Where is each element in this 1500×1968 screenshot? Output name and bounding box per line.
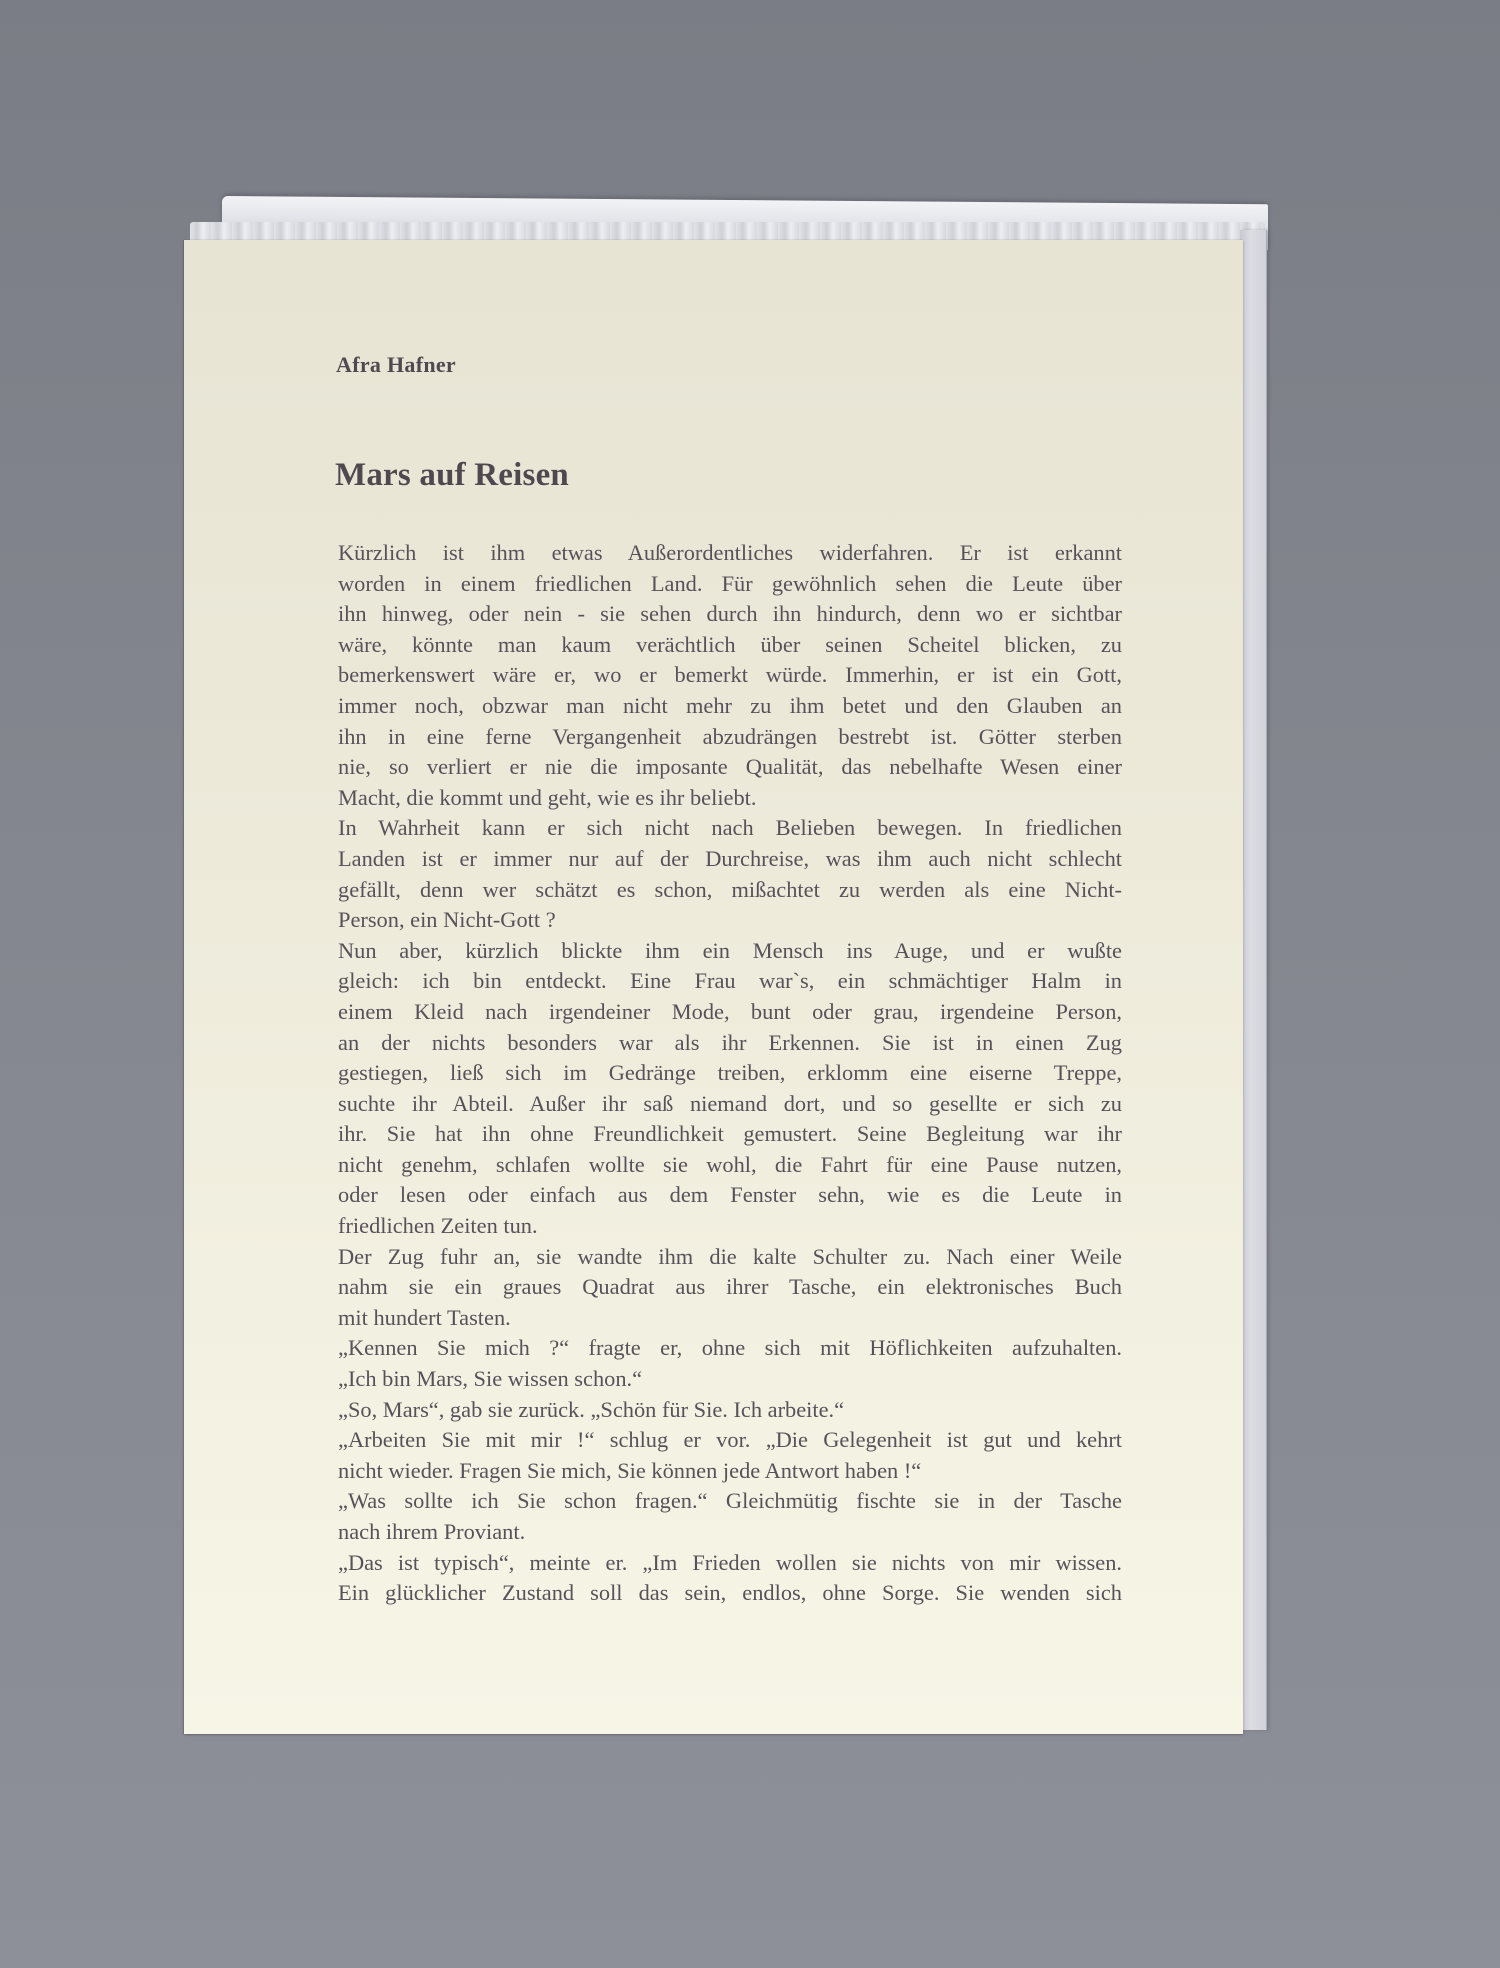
text-line: „Das ist typisch“, meinte er. „Im Friede… bbox=[338, 1548, 1122, 1579]
text-line: „Was sollte ich Sie schon fragen.“ Gleic… bbox=[338, 1486, 1122, 1517]
text-line: nie, so verliert er nie die imposante Qu… bbox=[338, 752, 1122, 783]
printed-page: Afra Hafner Mars auf Reisen Kürzlich ist… bbox=[184, 240, 1243, 1734]
text-line: nach ihrem Proviant. bbox=[338, 1517, 1122, 1548]
text-line: nicht genehm, schlafen wollte sie wohl, … bbox=[338, 1150, 1122, 1181]
text-line: gefällt, denn wer schätzt es schon, mißa… bbox=[338, 875, 1122, 906]
text-line: friedlichen Zeiten tun. bbox=[338, 1211, 1122, 1242]
paper-stack-right-edge bbox=[1240, 230, 1267, 1730]
text-line: Der Zug fuhr an, sie wandte ihm die kalt… bbox=[338, 1242, 1122, 1273]
text-line: „Arbeiten Sie mit mir !“ schlug er vor. … bbox=[338, 1425, 1122, 1456]
body-text: Kürzlich ist ihm etwas Außerordentliches… bbox=[338, 538, 1122, 1609]
text-line: „Ich bin Mars, Sie wissen schon.“ bbox=[338, 1364, 1122, 1395]
story-title: Mars auf Reisen bbox=[335, 457, 569, 494]
text-line: Ein glücklicher Zustand soll das sein, e… bbox=[338, 1578, 1122, 1609]
text-line: Macht, die kommt und geht, wie es ihr be… bbox=[338, 783, 1122, 814]
text-line: oder lesen oder einfach aus dem Fenster … bbox=[338, 1180, 1122, 1211]
text-line: nicht wieder. Fragen Sie mich, Sie könne… bbox=[338, 1456, 1122, 1487]
text-line: mit hundert Tasten. bbox=[338, 1303, 1122, 1334]
text-line: „So, Mars“, gab sie zurück. „Schön für S… bbox=[338, 1395, 1122, 1426]
text-line: Nun aber, kürzlich blickte ihm ein Mensc… bbox=[338, 936, 1122, 967]
text-line: „Kennen Sie mich ?“ fragte er, ohne sich… bbox=[338, 1333, 1122, 1364]
text-line: einem Kleid nach irgendeiner Mode, bunt … bbox=[338, 997, 1122, 1028]
text-line: suchte ihr Abteil. Außer ihr saß niemand… bbox=[338, 1089, 1122, 1120]
text-line: Person, ein Nicht-Gott ? bbox=[338, 905, 1122, 936]
text-line: nahm sie ein graues Quadrat aus ihrer Ta… bbox=[338, 1272, 1122, 1303]
author-name: Afra Hafner bbox=[336, 352, 456, 378]
text-line: bemerkenswert wäre er, wo er bemerkt wür… bbox=[338, 660, 1122, 691]
text-line: wäre, könnte man kaum verächtlich über s… bbox=[338, 630, 1122, 661]
text-line: In Wahrheit kann er sich nicht nach Beli… bbox=[338, 813, 1122, 844]
text-line: Landen ist er immer nur auf der Durchrei… bbox=[338, 844, 1122, 875]
text-line: Kürzlich ist ihm etwas Außerordentliches… bbox=[338, 538, 1122, 569]
text-line: immer noch, obzwar man nicht mehr zu ihm… bbox=[338, 691, 1122, 722]
text-line: worden in einem friedlichen Land. Für ge… bbox=[338, 569, 1122, 600]
text-line: an der nichts besonders war als ihr Erke… bbox=[338, 1028, 1122, 1059]
text-line: gleich: ich bin entdeckt. Eine Frau war`… bbox=[338, 966, 1122, 997]
text-line: ihn in eine ferne Vergangenheit abzudrän… bbox=[338, 722, 1122, 753]
text-line: gestiegen, ließ sich im Gedränge treiben… bbox=[338, 1058, 1122, 1089]
text-line: ihr. Sie hat ihn ohne Freundlichkeit gem… bbox=[338, 1119, 1122, 1150]
text-line: ihn hinweg, oder nein - sie sehen durch … bbox=[338, 599, 1122, 630]
